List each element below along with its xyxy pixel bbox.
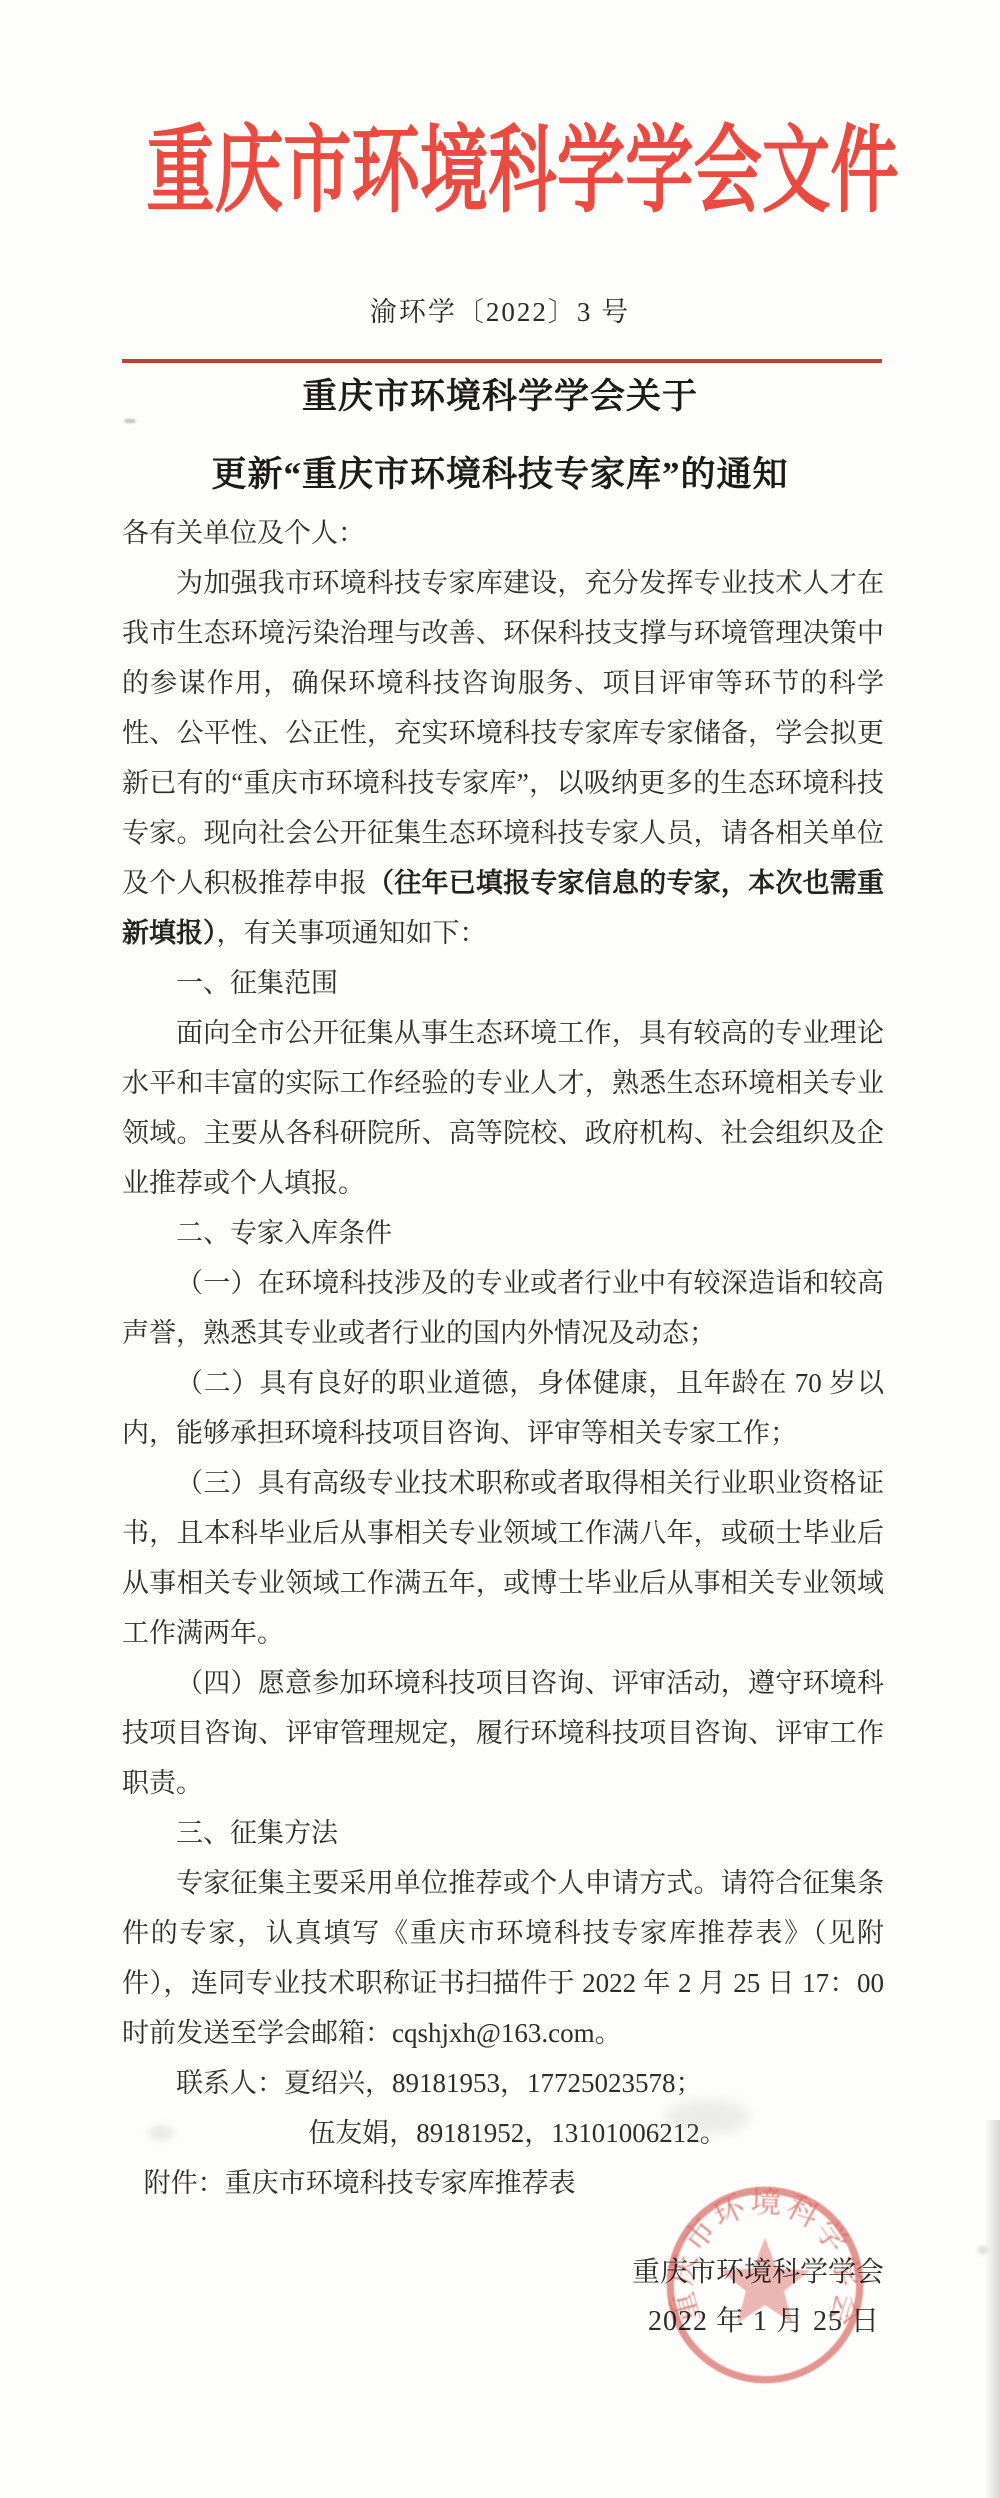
page-edge-shadow: [985, 2120, 1000, 2498]
section3-paragraph: 专家征集主要采用单位推荐或个人申请方式。请符合征集条件的专家，认真填写《重庆市环…: [122, 1858, 884, 2058]
section2-item-4: （四）愿意参加环境科技项目咨询、评审活动，遵守环境科技项目咨询、评审管理规定，履…: [122, 1658, 884, 1808]
seal-star-icon: [720, 2238, 810, 2324]
org-letterhead-text: 重庆市环境科学学会文件: [146, 124, 898, 219]
salutation: 各有关单位及个人：: [122, 508, 884, 558]
document-title-line2: 更新“重庆市环境科技专家库”的通知: [0, 436, 1000, 514]
official-seal: 重庆市环境科学学会: [662, 2182, 868, 2388]
contact-line-2: 伍友娟，89181952，13101006212。: [122, 2108, 884, 2158]
intro-text-post: ，有关事项通知如下：: [217, 918, 487, 948]
section1-heading: 一、征集范围: [122, 958, 884, 1008]
section2-item-1: （一）在环境科技涉及的专业或者行业中有较深造诣和较高声誉，熟悉其专业或者行业的国…: [122, 1258, 884, 1358]
section2-heading: 二、专家入库条件: [122, 1208, 884, 1258]
document-title-line1: 重庆市环境科学学会关于: [0, 358, 1000, 436]
scan-smudge: [978, 2246, 988, 2254]
document-body: 各有关单位及个人： 为加强我市环境科技专家库建设，充分发挥专业技术人才在我市生态…: [122, 508, 884, 2208]
section2-item-3: （三）具有高级专业技术职称或者取得相关行业职业资格证书，且本科毕业后从事相关专业…: [122, 1458, 884, 1658]
paragraph-intro: 为加强我市环境科技专家库建设，充分发挥专业技术人才在我市生态环境污染治理与改善、…: [122, 558, 884, 958]
org-letterhead: 重庆市环境科学学会文件: [0, 124, 1000, 224]
contact-line-1: 联系人：夏绍兴，89181953，17725023578；: [122, 2058, 884, 2108]
document-number: 渝环学〔2022〕3 号: [0, 292, 1000, 332]
section1-paragraph: 面向全市公开征集从事生态环境工作，具有较高的专业理论水平和丰富的实际工作经验的专…: [122, 1008, 884, 1208]
document-page: 重庆市环境科学学会文件 渝环学〔2022〕3 号 重庆市环境科学学会关于 更新“…: [0, 0, 1000, 2498]
document-title: 重庆市环境科学学会关于 更新“重庆市环境科技专家库”的通知: [0, 358, 1000, 514]
intro-text-pre: 为加强我市环境科技专家库建设，充分发挥专业技术人才在我市生态环境污染治理与改善、…: [122, 568, 884, 898]
section2-item-2: （二）具有良好的职业道德，身体健康，且年龄在 70 岁以内，能够承担环境科技项目…: [122, 1358, 884, 1458]
section3-heading: 三、征集方法: [122, 1808, 884, 1858]
